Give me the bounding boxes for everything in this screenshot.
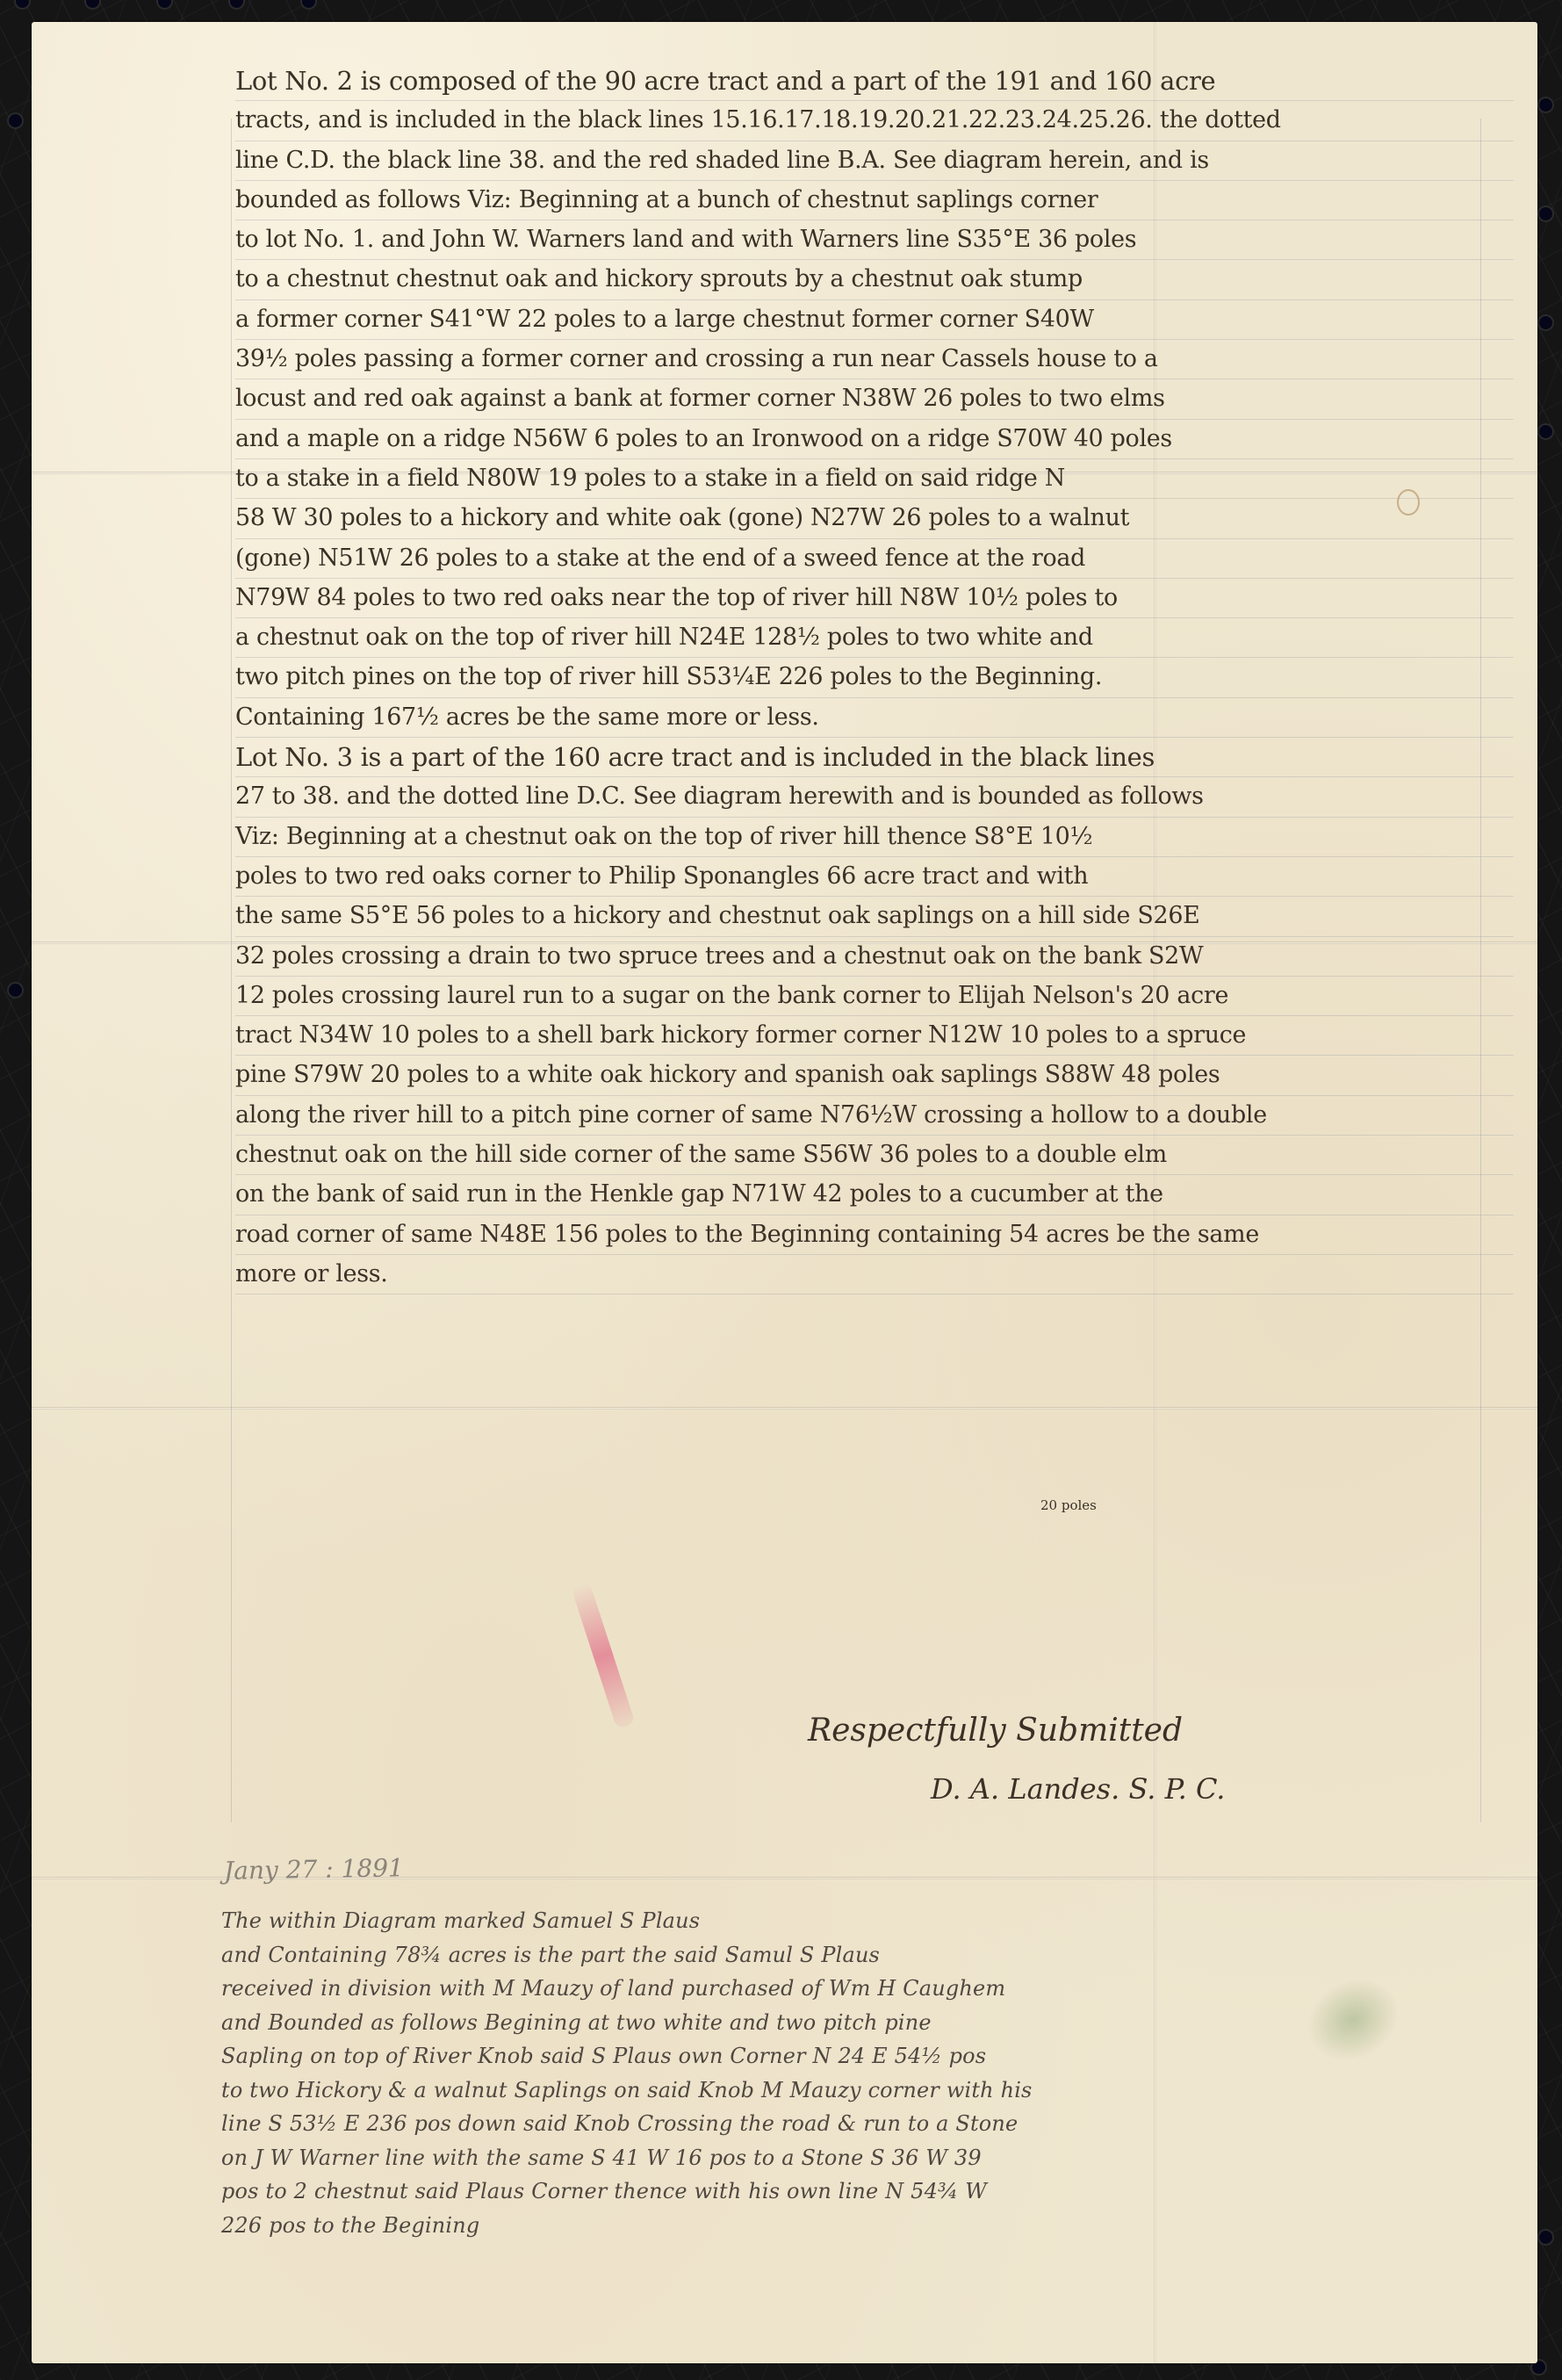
- annotation-line: and Containing 78¾ acres is the part the…: [221, 1938, 1517, 1973]
- annotation-date: Jany 27 : 1891: [224, 1853, 404, 1886]
- text-line: Lot No. 2 is composed of the 90 acre tra…: [235, 61, 1514, 101]
- text-line: bounded as follows Viz: Beginning at a b…: [235, 181, 1514, 220]
- annotation-line: The within Diagram marked Samuel S Plaus: [221, 1904, 1517, 1938]
- text-line: more or less.: [235, 1255, 1514, 1295]
- text-line: pine S79W 20 poles to a white oak hickor…: [235, 1056, 1514, 1095]
- binder-hole: [302, 0, 315, 8]
- signature: D. A. Landes. S. P. C.: [931, 1772, 1225, 1806]
- text-line: 27 to 38. and the dotted line D.C. See d…: [235, 777, 1514, 817]
- annotation-line: to two Hickory & a walnut Saplings on sa…: [221, 2073, 1517, 2108]
- later-annotation: The within Diagram marked Samuel S Plaus…: [221, 1904, 1521, 2242]
- annotation-line: line S 53½ E 236 pos down said Knob Cros…: [221, 2107, 1517, 2141]
- binder-hole: [86, 0, 99, 8]
- fold-line: [32, 1407, 1537, 1410]
- text-line: locust and red oak against a bank at for…: [235, 379, 1514, 419]
- text-line: two pitch pines on the top of river hill…: [235, 658, 1514, 697]
- text-line: Containing 167½ acres be the same more o…: [235, 698, 1514, 738]
- binder-hole: [1539, 207, 1552, 220]
- text-line: to a chestnut chestnut oak and hickory s…: [235, 260, 1514, 299]
- text-line: a former corner S41°W 22 poles to a larg…: [235, 300, 1514, 340]
- text-line: line C.D. the black line 38. and the red…: [235, 141, 1514, 181]
- annotation-line: 226 pos to the Begining: [221, 2209, 1517, 2243]
- text-line: Viz: Beginning at a chestnut oak on the …: [235, 818, 1514, 857]
- text-line: 12 poles crossing laurel run to a sugar …: [235, 977, 1514, 1016]
- annotation-line: and Bounded as follows Begining at two w…: [221, 2006, 1517, 2040]
- text-line: the same S5°E 56 poles to a hickory and …: [235, 897, 1514, 936]
- interlinear-insert: 20 poles: [1040, 1497, 1097, 1513]
- binder-hole: [9, 114, 22, 127]
- text-line: Lot No. 3 is a part of the 160 acre trac…: [235, 738, 1514, 777]
- text-line: tracts, and is included in the black lin…: [235, 101, 1514, 141]
- text-line: along the river hill to a pitch pine cor…: [235, 1096, 1514, 1136]
- text-line: road corner of same N48E 156 poles to th…: [235, 1215, 1514, 1255]
- binder-hole: [158, 0, 171, 8]
- annotation-line: Sapling on top of River Knob said S Plau…: [221, 2039, 1517, 2073]
- text-line: N79W 84 poles to two red oaks near the t…: [235, 579, 1514, 618]
- text-line: to a stake in a field N80W 19 poles to a…: [235, 459, 1514, 499]
- binder-hole: [9, 984, 22, 997]
- text-line: a chestnut oak on the top of river hill …: [235, 618, 1514, 658]
- text-line: chestnut oak on the hill side corner of …: [235, 1136, 1514, 1175]
- text-line: poles to two red oaks corner to Philip S…: [235, 857, 1514, 897]
- binder-hole: [1539, 2231, 1552, 2244]
- binder-hole: [1539, 316, 1552, 329]
- annotation-line: on J W Warner line with the same S 41 W …: [221, 2141, 1517, 2175]
- text-line: (gone) N51W 26 poles to a stake at the e…: [235, 539, 1514, 579]
- text-line: 39½ poles passing a former corner and cr…: [235, 340, 1514, 379]
- binder-hole: [1539, 98, 1552, 112]
- text-line: and a maple on a ridge N56W 6 poles to a…: [235, 420, 1514, 459]
- closing-phrase: Respectfully Submitted: [808, 1713, 1183, 1749]
- deed-body-text: Lot No. 2 is composed of the 90 acre tra…: [235, 61, 1517, 1295]
- text-line: to lot No. 1. and John W. Warners land a…: [235, 220, 1514, 260]
- binder-hole: [1539, 425, 1552, 438]
- margin-rule: [231, 119, 232, 1822]
- binder-hole: [16, 0, 29, 8]
- annotation-line: pos to 2 chestnut said Plaus Corner then…: [221, 2174, 1517, 2209]
- text-line: 58 W 30 poles to a hickory and white oak…: [235, 499, 1514, 538]
- binder-hole: [230, 0, 243, 8]
- red-ink-stain: [571, 1582, 635, 1729]
- text-line: on the bank of said run in the Henkle ga…: [235, 1175, 1514, 1215]
- text-line: tract N34W 10 poles to a shell bark hick…: [235, 1016, 1514, 1056]
- text-line: 32 poles crossing a drain to two spruce …: [235, 937, 1514, 977]
- annotation-line: received in division with M Mauzy of lan…: [221, 1972, 1517, 2006]
